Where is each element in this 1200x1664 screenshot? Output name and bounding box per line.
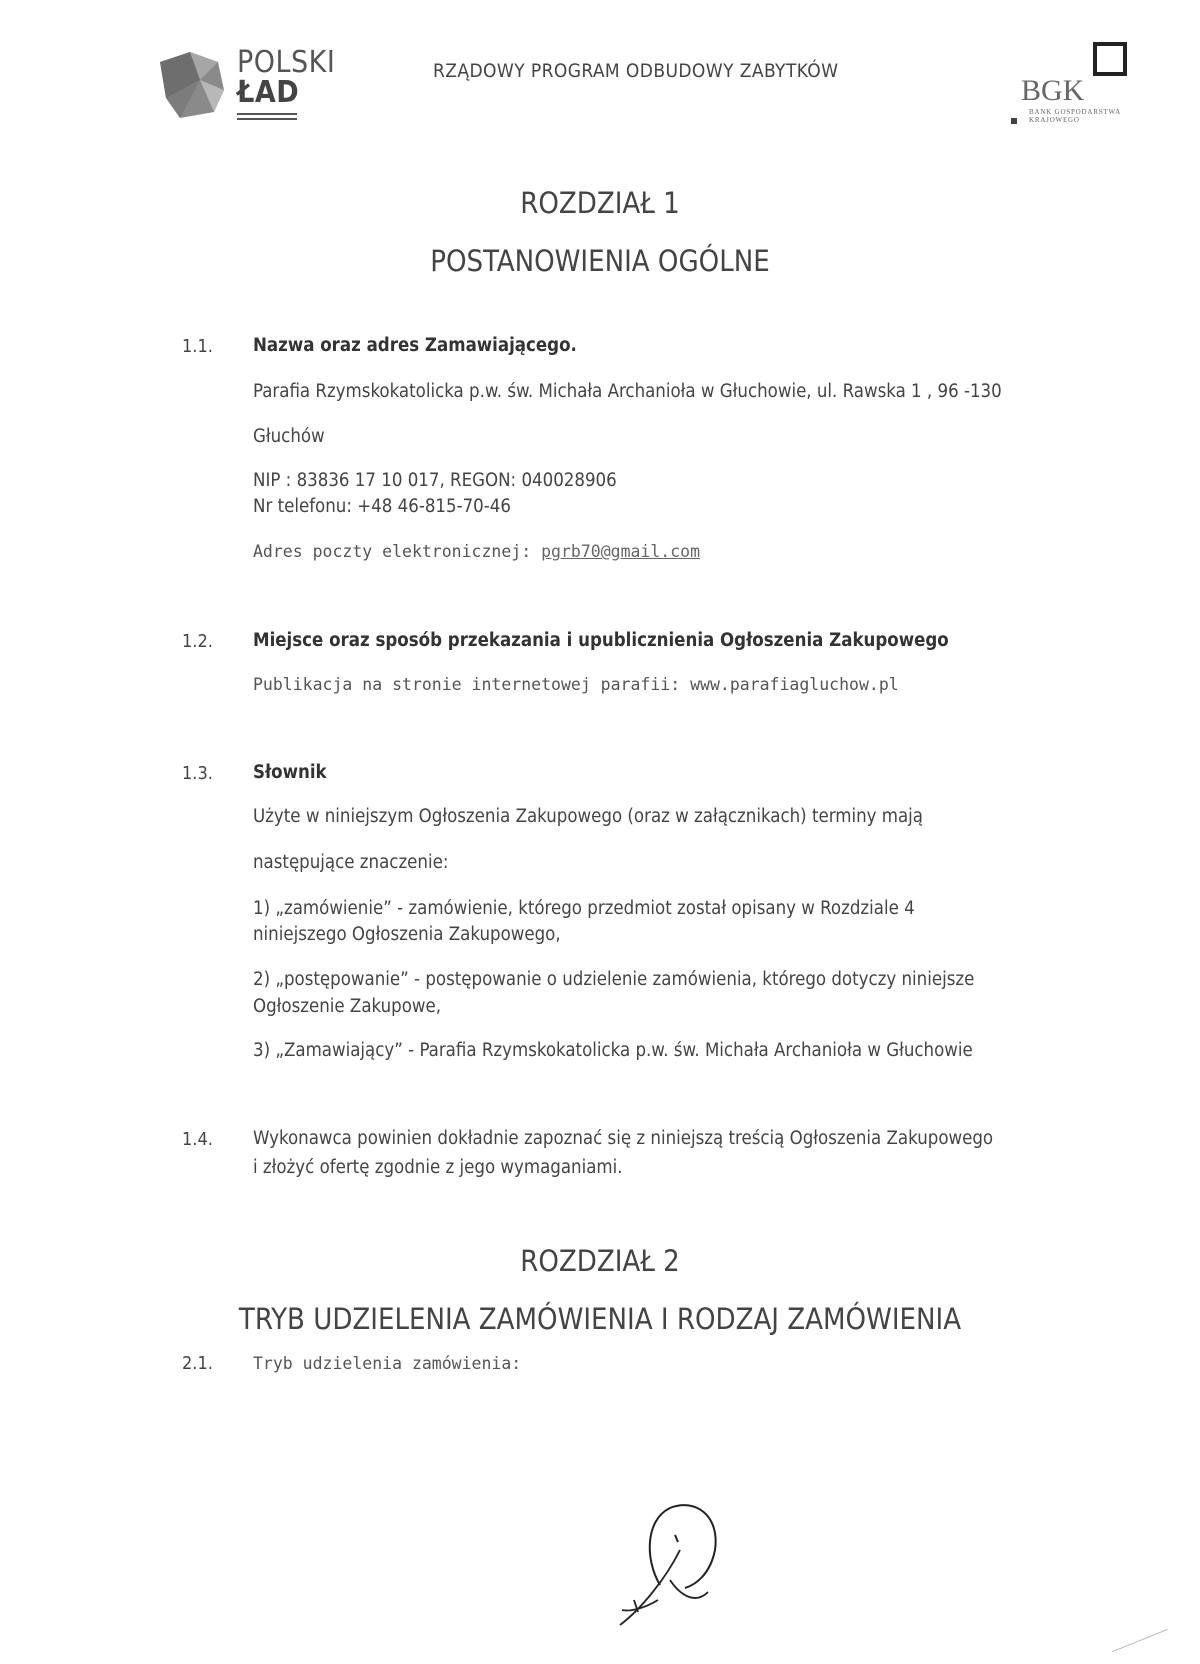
chapter-title: POSTANOWIENIA OGÓLNE bbox=[0, 244, 1200, 278]
section-number: 1.2. bbox=[182, 631, 213, 652]
chapter-number: ROZDZIAŁ 1 bbox=[0, 186, 1200, 220]
nip-regon: NIP : 83836 17 10 017, REGON: 040028906 bbox=[253, 470, 617, 491]
polski-lad-logo-icon bbox=[160, 50, 230, 120]
definition-item: niniejszego Ogłoszenia Zakupowego, bbox=[253, 924, 561, 945]
section-heading: Miejsce oraz sposób przekazania i upubli… bbox=[253, 630, 949, 651]
chapter-number: ROZDZIAŁ 2 bbox=[0, 1244, 1200, 1278]
chapter-title: TRYB UDZIELENIA ZAMÓWIENIA I RODZAJ ZAMÓ… bbox=[0, 1302, 1200, 1336]
bgk-dot-icon bbox=[1011, 118, 1017, 124]
scan-mark bbox=[1112, 1629, 1168, 1652]
section-heading: Tryb udzielenia zamówienia: bbox=[253, 1354, 521, 1373]
section-text: i złożyć ofertę zgodnie z jego wymagania… bbox=[253, 1157, 623, 1178]
dictionary-intro: Użyte w niniejszym Ogłoszenia Zakupowego… bbox=[253, 806, 923, 827]
definition-item: 1) „zamówienie” - zamówienie, którego pr… bbox=[253, 898, 915, 919]
definition-item: 2) „postępowanie” - postępowanie o udzie… bbox=[253, 969, 974, 990]
address-city: Głuchów bbox=[253, 426, 325, 447]
publication-text: Publikacja na stronie internetowej paraf… bbox=[253, 675, 899, 694]
section-number: 1.4. bbox=[182, 1129, 213, 1150]
signature-icon bbox=[600, 1480, 820, 1650]
address-line: Parafia Rzymskokatolicka p.w. św. Michał… bbox=[253, 381, 1002, 402]
phone-number: Nr telefonu: +48 46-815-70-46 bbox=[253, 496, 511, 517]
program-title: RZĄDOWY PROGRAM ODBUDOWY ZABYTKÓW bbox=[433, 60, 838, 82]
section-number: 2.1. bbox=[182, 1353, 213, 1374]
section-heading: Słownik bbox=[253, 762, 327, 783]
dictionary-intro: następujące znaczenie: bbox=[253, 852, 448, 873]
email-link[interactable]: pgrb70@gmail.com bbox=[541, 542, 700, 561]
definition-item: Ogłoszenie Zakupowe, bbox=[253, 996, 441, 1017]
bgk-logo-text: BGK bbox=[1021, 76, 1084, 106]
bgk-square-icon bbox=[1093, 42, 1127, 76]
section-heading: Nazwa oraz adres Zamawiającego. bbox=[253, 335, 577, 356]
bgk-subtitle: BANK GOSPODARSTWA KRAJOWEGO bbox=[1029, 108, 1121, 124]
email-row: Adres poczty elektronicznej: pgrb70@gmai… bbox=[253, 542, 700, 561]
polski-lad-logo-text: POLSKI ŁAD bbox=[237, 48, 335, 108]
section-number: 1.1. bbox=[182, 336, 213, 357]
section-number: 1.3. bbox=[182, 763, 213, 784]
definition-item: 3) „Zamawiający” - Parafia Rzymskokatoli… bbox=[253, 1040, 973, 1061]
logo-underline bbox=[237, 113, 297, 123]
section-text: Wykonawca powinien dokładnie zapoznać si… bbox=[253, 1128, 993, 1149]
